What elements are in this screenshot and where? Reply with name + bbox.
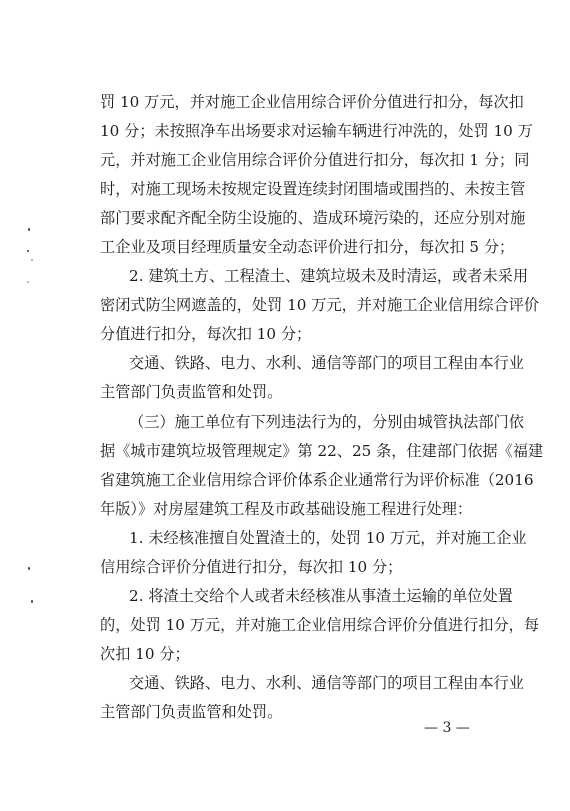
text-line: 工企业及项目经理质量安全动态评价进行扣分，每次扣 5 分； xyxy=(100,237,488,257)
scan-speck xyxy=(28,228,30,231)
text-line: 2. 将渣土交给个人或者未经核准从事渣土运输的单位处置 xyxy=(129,586,488,606)
text-line: 次扣 10 分； xyxy=(100,644,488,664)
text-line: 密闭式防尘网遮盖的，处罚 10 万元，并对施工企业信用综合评价 xyxy=(100,295,488,315)
text-line: 省建筑施工企业信用综合评价体系企业通常行为评价标准（2016 xyxy=(100,470,488,490)
page-number: — 3 — xyxy=(424,718,470,738)
scan-speck xyxy=(28,567,30,570)
text-line: （三）施工单位有下列违法行为的，分别由城管执法部门依 xyxy=(129,412,488,432)
text-line: 信用综合评价分值进行扣分，每次扣 10 分； xyxy=(100,557,488,577)
text-line: 部门要求配齐配全防尘设施的、造成环境污染的，还应分别对施 xyxy=(100,208,488,228)
text-line: 据《城市建筑垃圾管理规定》第 22、25 条，住建部门依据《福建 xyxy=(100,441,488,461)
text-line: 2. 建筑土方、工程渣土、建筑垃圾未及时清运，或者未采用 xyxy=(129,266,488,286)
scan-speck xyxy=(27,250,29,252)
scan-speck xyxy=(27,281,29,283)
scan-speck xyxy=(31,600,33,603)
text-line: 时，对施工现场未按规定设置连续封闭围墙或围挡的、未按主管 xyxy=(100,179,488,199)
document-page: 罚 10 万元，并对施工企业信用综合评价分值进行扣分，每次扣 10 分；未按照净… xyxy=(0,0,570,811)
text-line: 主管部门负责监管和处罚。 xyxy=(100,382,488,402)
text-line: 1. 未经核准擅自处置渣土的，处罚 10 万元，并对施工企业 xyxy=(129,528,488,548)
scan-speck xyxy=(31,259,33,261)
text-line: 分值进行扣分，每次扣 10 分； xyxy=(100,324,488,344)
text-line: 交通、铁路、电力、水利、通信等部门的项目工程由本行业 xyxy=(129,673,488,693)
text-line: 年版）》对房屋建筑工程及市政基础设施工程进行处理： xyxy=(100,499,488,519)
text-line: 的，处罚 10 万元，并对施工企业信用综合评价分值进行扣分，每 xyxy=(100,615,488,635)
text-line: 交通、铁路、电力、水利、通信等部门的项目工程由本行业 xyxy=(129,353,488,373)
text-line: 罚 10 万元，并对施工企业信用综合评价分值进行扣分，每次扣 xyxy=(100,92,488,112)
text-line: 10 分；未按照净车出场要求对运输车辆进行冲洗的，处罚 10 万 xyxy=(100,121,488,141)
text-line: 元，并对施工企业信用综合评价分值进行扣分，每次扣 1 分；同 xyxy=(100,150,488,170)
